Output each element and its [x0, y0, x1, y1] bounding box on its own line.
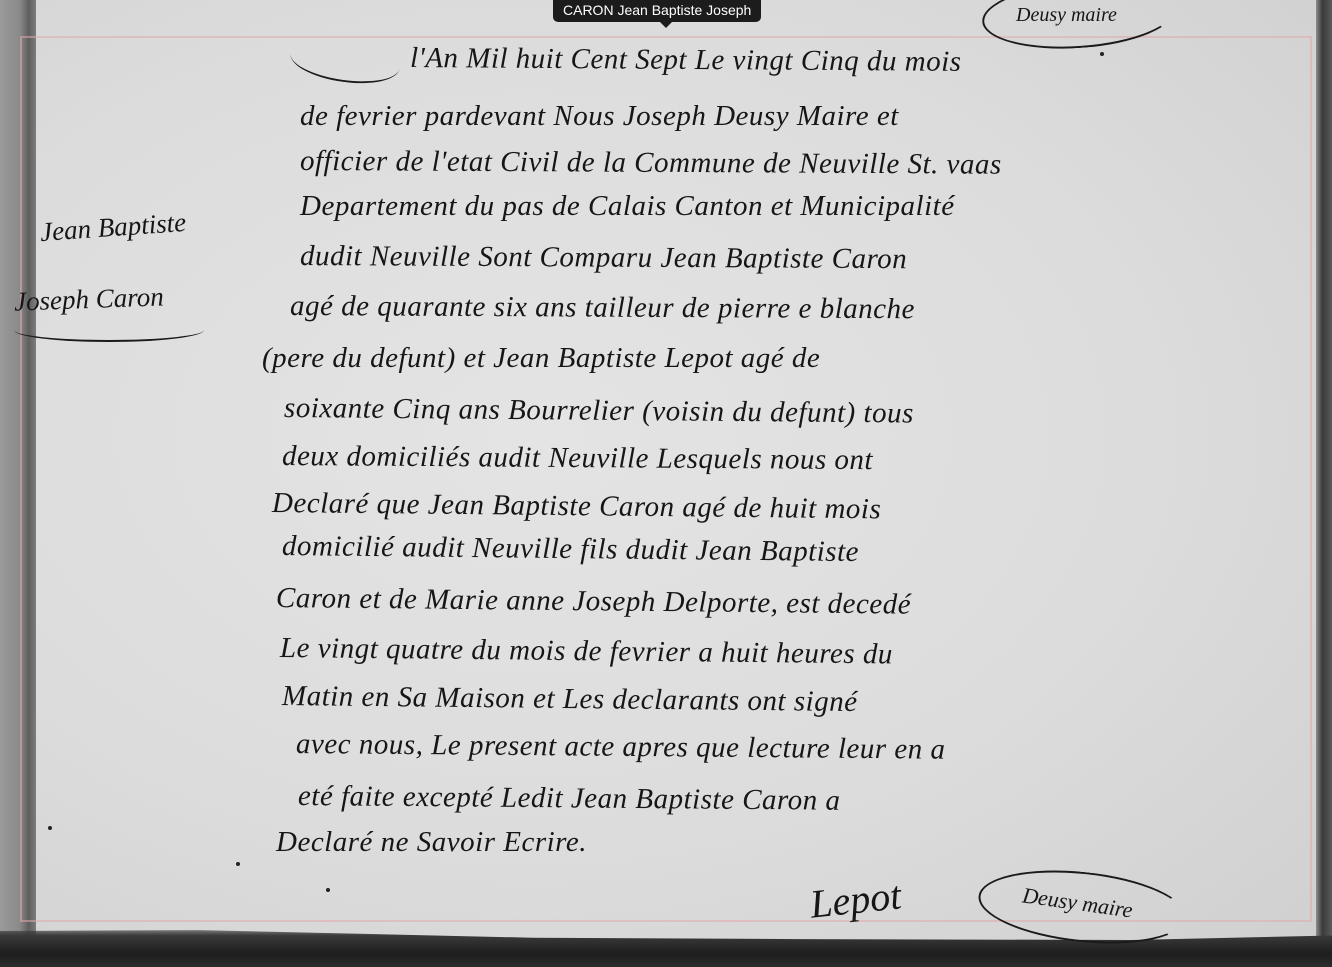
record-line-16: eté faite excepté Ledit Jean Baptiste Ca…: [298, 780, 841, 818]
record-line-8: soixante Cinq ans Bourrelier (voisin du …: [284, 392, 914, 430]
witness-signature: Lepot: [808, 871, 904, 927]
ink-speck: [326, 888, 330, 892]
record-line-5: dudit Neuville Sont Comparu Jean Baptist…: [300, 240, 907, 276]
ink-speck: [1100, 52, 1104, 56]
record-line-4: Departement du pas de Calais Canton et M…: [300, 190, 955, 223]
record-line-17: Declaré ne Savoir Ecrire.: [276, 826, 587, 859]
record-line-10: Declaré que Jean Baptiste Caron agé de h…: [272, 487, 882, 526]
margin-note-line2: Joseph Caron: [14, 281, 165, 317]
record-line-11: domicilié audit Neuville fils dudit Jean…: [282, 530, 859, 569]
record-name-tooltip: CARON Jean Baptiste Joseph: [553, 0, 761, 22]
record-line-15: avec nous, Le present acte apres que lec…: [296, 728, 946, 767]
margin-note-underline: [14, 318, 204, 342]
scanned-page: Deusy maire Jean Baptiste Joseph Caron l…: [0, 0, 1332, 967]
record-line-14: Matin en Sa Maison et Les declarants ont…: [282, 680, 858, 719]
header-signature: Deusy maire: [1016, 4, 1117, 27]
record-line-9: deux domiciliés audit Neuville Lesquels …: [282, 440, 873, 477]
record-line-13: Le vingt quatre du mois de fevrier a hui…: [280, 632, 893, 671]
tooltip-pointer: [660, 22, 672, 28]
ink-speck: [236, 862, 240, 866]
record-line-12: Caron et de Marie anne Joseph Delporte, …: [276, 582, 911, 622]
record-line-6: agé de quarante six ans tailleur de pier…: [290, 290, 915, 326]
right-page-edge: [1316, 0, 1332, 967]
record-line-1: l'An Mil huit Cent Sept Le vingt Cinq du…: [410, 42, 962, 79]
record-line-7: (pere du defunt) et Jean Baptiste Lepot …: [262, 342, 820, 375]
record-line-2: de fevrier pardevant Nous Joseph Deusy M…: [300, 100, 899, 133]
ink-speck: [48, 826, 52, 830]
record-line-3: officier de l'etat Civil de la Commune d…: [300, 145, 1002, 182]
